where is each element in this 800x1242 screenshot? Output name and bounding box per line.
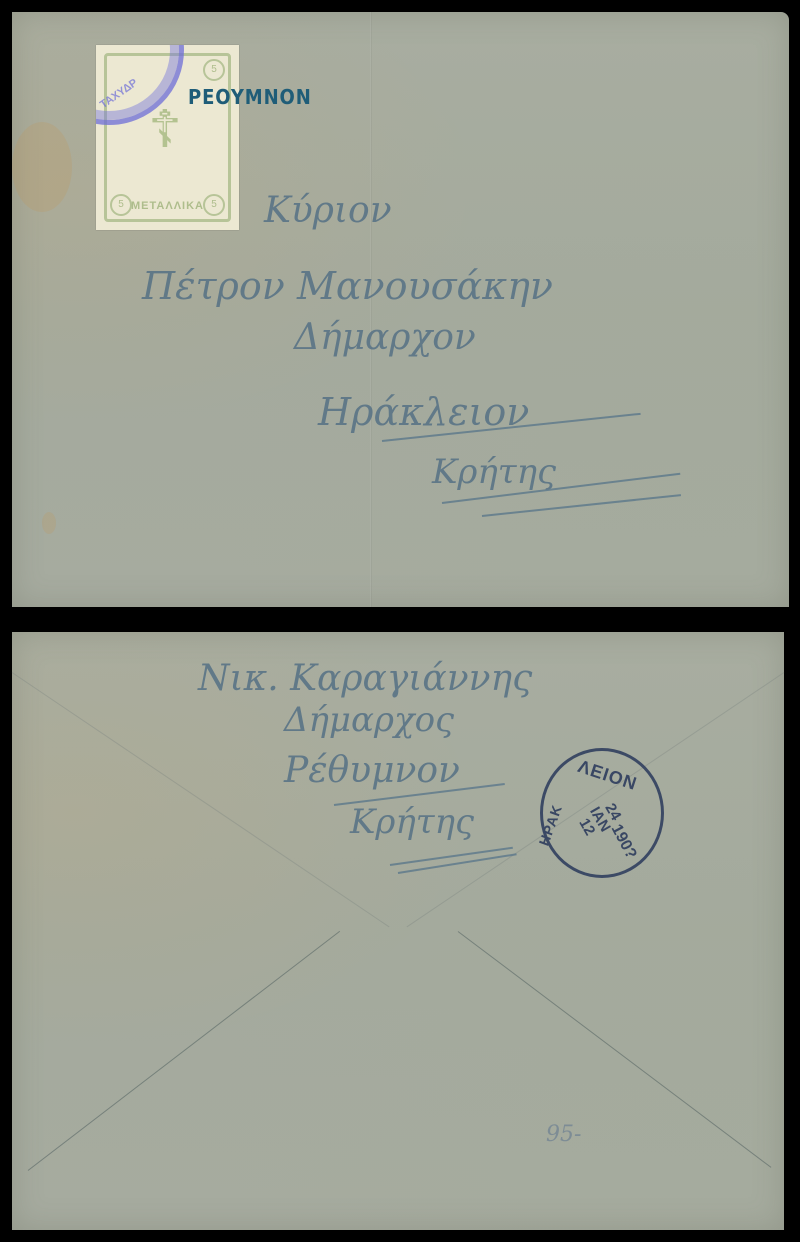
cover-front: 5 5 5 ☦ ΜΕΤΑΛΛΙΚΑ ΤΑΧΥΔΡ PEOYMNON Κύριον… (12, 12, 789, 607)
postmark-year: 190? (607, 822, 640, 863)
address-line-title: Δήμαρχον (294, 317, 476, 358)
sender-town: Ρέθυμνον (284, 750, 460, 791)
island-underline-second (482, 494, 681, 517)
arrival-postmark: ΛΕΙΟΝ ΗΡΑΚ 24 ΙΑΝ 12 190? (540, 748, 664, 878)
postmark-town: ΛΕΙΟΝ (575, 756, 640, 795)
sender-island: Κρήτης (350, 802, 474, 842)
cover-back: Νικ. Καραγιάννης Δήμαρχος Ρέθυμνον Κρήτη… (12, 632, 784, 1230)
town-handstamp: PEOYMNON (188, 85, 312, 109)
sender-name: Νικ. Καραγιάννης (198, 658, 532, 699)
sender-title: Δήμαρχος (284, 700, 454, 740)
postage-stamp: 5 5 5 ☦ ΜΕΤΑΛΛΙΚΑ ΤΑΧΥΔΡ (96, 45, 239, 230)
address-line-name: Πέτρον Μανουσάκην (142, 264, 553, 308)
vertical-fold-crease (370, 12, 372, 607)
toning-stain (12, 122, 72, 212)
postmark-town-arc: ΗΡΑΚ (536, 802, 566, 848)
stamp-corner-numeral: 5 (203, 59, 225, 81)
address-line-salutation: Κύριον (264, 190, 392, 231)
bottom-flap-right-edge (458, 931, 772, 1168)
stamp-value-label: ΜΕΤΑΛΛΙΚΑ (116, 200, 219, 212)
toning-spot (42, 512, 56, 534)
address-line-island: Κρήτης (432, 452, 556, 492)
pencil-price-note: 95- (546, 1122, 581, 1147)
bottom-flap-left-edge (28, 931, 340, 1171)
